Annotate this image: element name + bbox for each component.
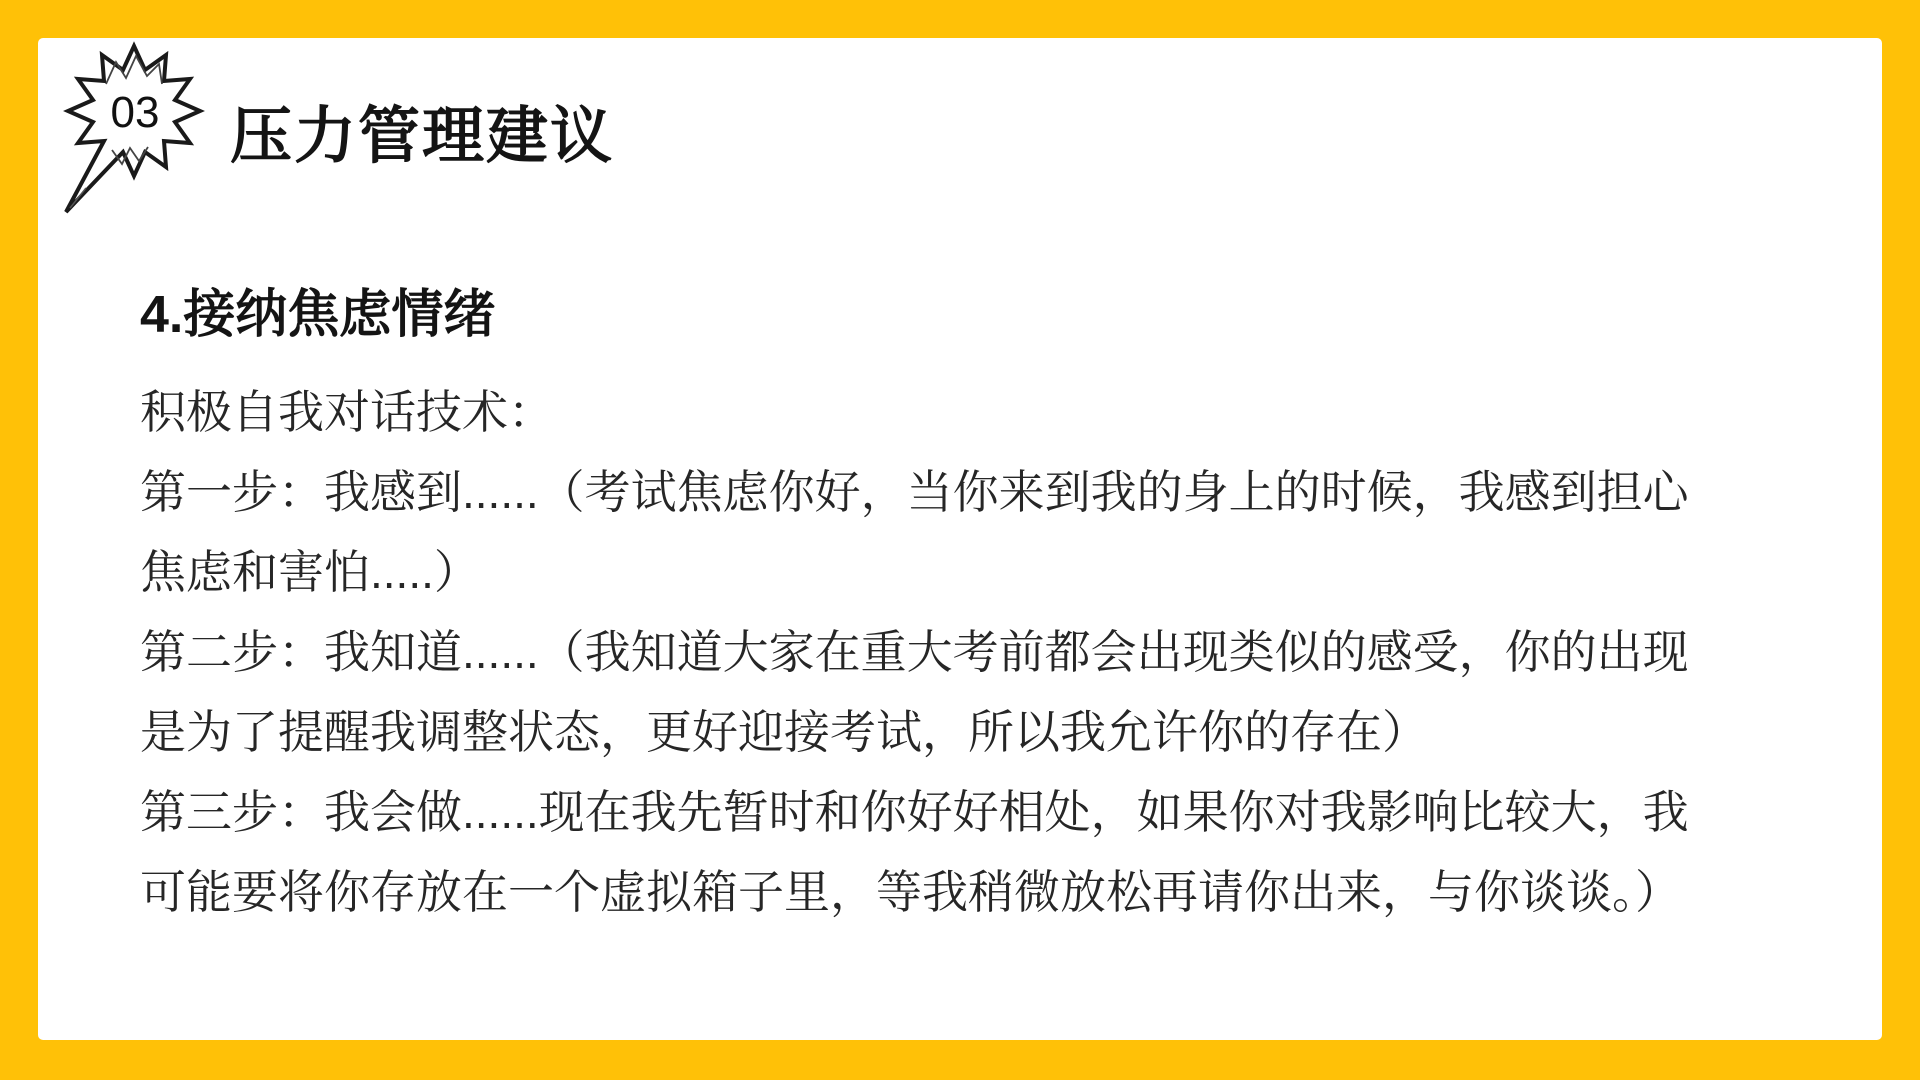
content-line: 可能要将你存放在一个虚拟箱子里，等我稍微放松再请你出来，与你谈谈。）: [140, 852, 1900, 932]
content-line: 是为了提醒我调整状态，更好迎接考试，所以我允许你的存在）: [140, 692, 1900, 772]
section-number-badge: 03: [56, 40, 216, 225]
content-line: 第一步：我感到......（考试焦虑你好，当你来到我的身上的时候，我感到担心: [140, 452, 1900, 532]
page-title: 压力管理建议: [230, 86, 614, 175]
content-line: 焦虑和害怕.....）: [140, 532, 1900, 612]
starburst-icon: 03: [56, 40, 216, 225]
section-number: 03: [111, 88, 160, 137]
body-text-block: 4.接纳焦虑情绪 积极自我对话技术： 第一步：我感到......（考试焦虑你好，…: [140, 280, 1900, 932]
slide-canvas: 03 压力管理建议 4.接纳焦虑情绪 积极自我对话技术： 第一步：我感到....…: [38, 38, 1882, 1040]
content-intro: 积极自我对话技术：: [140, 372, 1900, 452]
content-line: 第二步：我知道......（我知道大家在重大考前都会出现类似的感受，你的出现: [140, 612, 1900, 692]
content-line: 第三步：我会做......现在我先暂时和你好好相处，如果你对我影响比较大，我: [140, 772, 1900, 852]
content-heading: 4.接纳焦虑情绪: [140, 280, 1900, 350]
slide-frame: 03 压力管理建议 4.接纳焦虑情绪 积极自我对话技术： 第一步：我感到....…: [0, 0, 1920, 1080]
